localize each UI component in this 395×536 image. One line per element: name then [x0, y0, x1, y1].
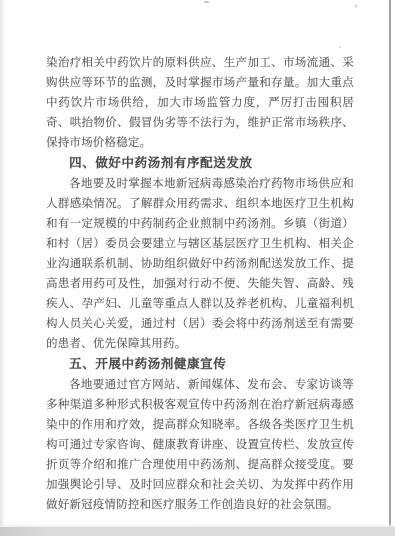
paragraph-section-4: 各地要及时掌握本地新冠病毒感染治疗药物市场供应和人群感染情况。了解群众用药需求、… [46, 173, 354, 353]
scan-edge-right-rule [389, 0, 391, 536]
scan-speck [339, 46, 341, 48]
section-heading-4: 四、做好中药汤剂有序配送发放 [46, 153, 354, 173]
paragraph-continuation: 染治疗相关中药饮片的原料供应、生产加工、市场流通、采购供应等环节的监测，及时掌握… [46, 52, 354, 152]
scan-edge-bottom [0, 527, 395, 536]
scan-speck [354, 4, 357, 8]
document-text-block: 染治疗相关中药饮片的原料供应、生产加工、市场流通、采购供应等环节的监测，及时掌握… [46, 52, 354, 514]
scanned-document-page: 染治疗相关中药饮片的原料供应、生产加工、市场流通、采购供应等环节的监测，及时掌握… [0, 0, 395, 536]
paragraph-section-5: 各地要通过官方网站、新闻媒体、发布会、专家访谈等多种渠道多种形式积极客观宣传中药… [46, 374, 354, 514]
scan-edge-left [0, 0, 5, 536]
section-heading-5: 五、开展中药汤剂健康宣传 [46, 354, 354, 374]
scan-speck [204, 1, 209, 3]
